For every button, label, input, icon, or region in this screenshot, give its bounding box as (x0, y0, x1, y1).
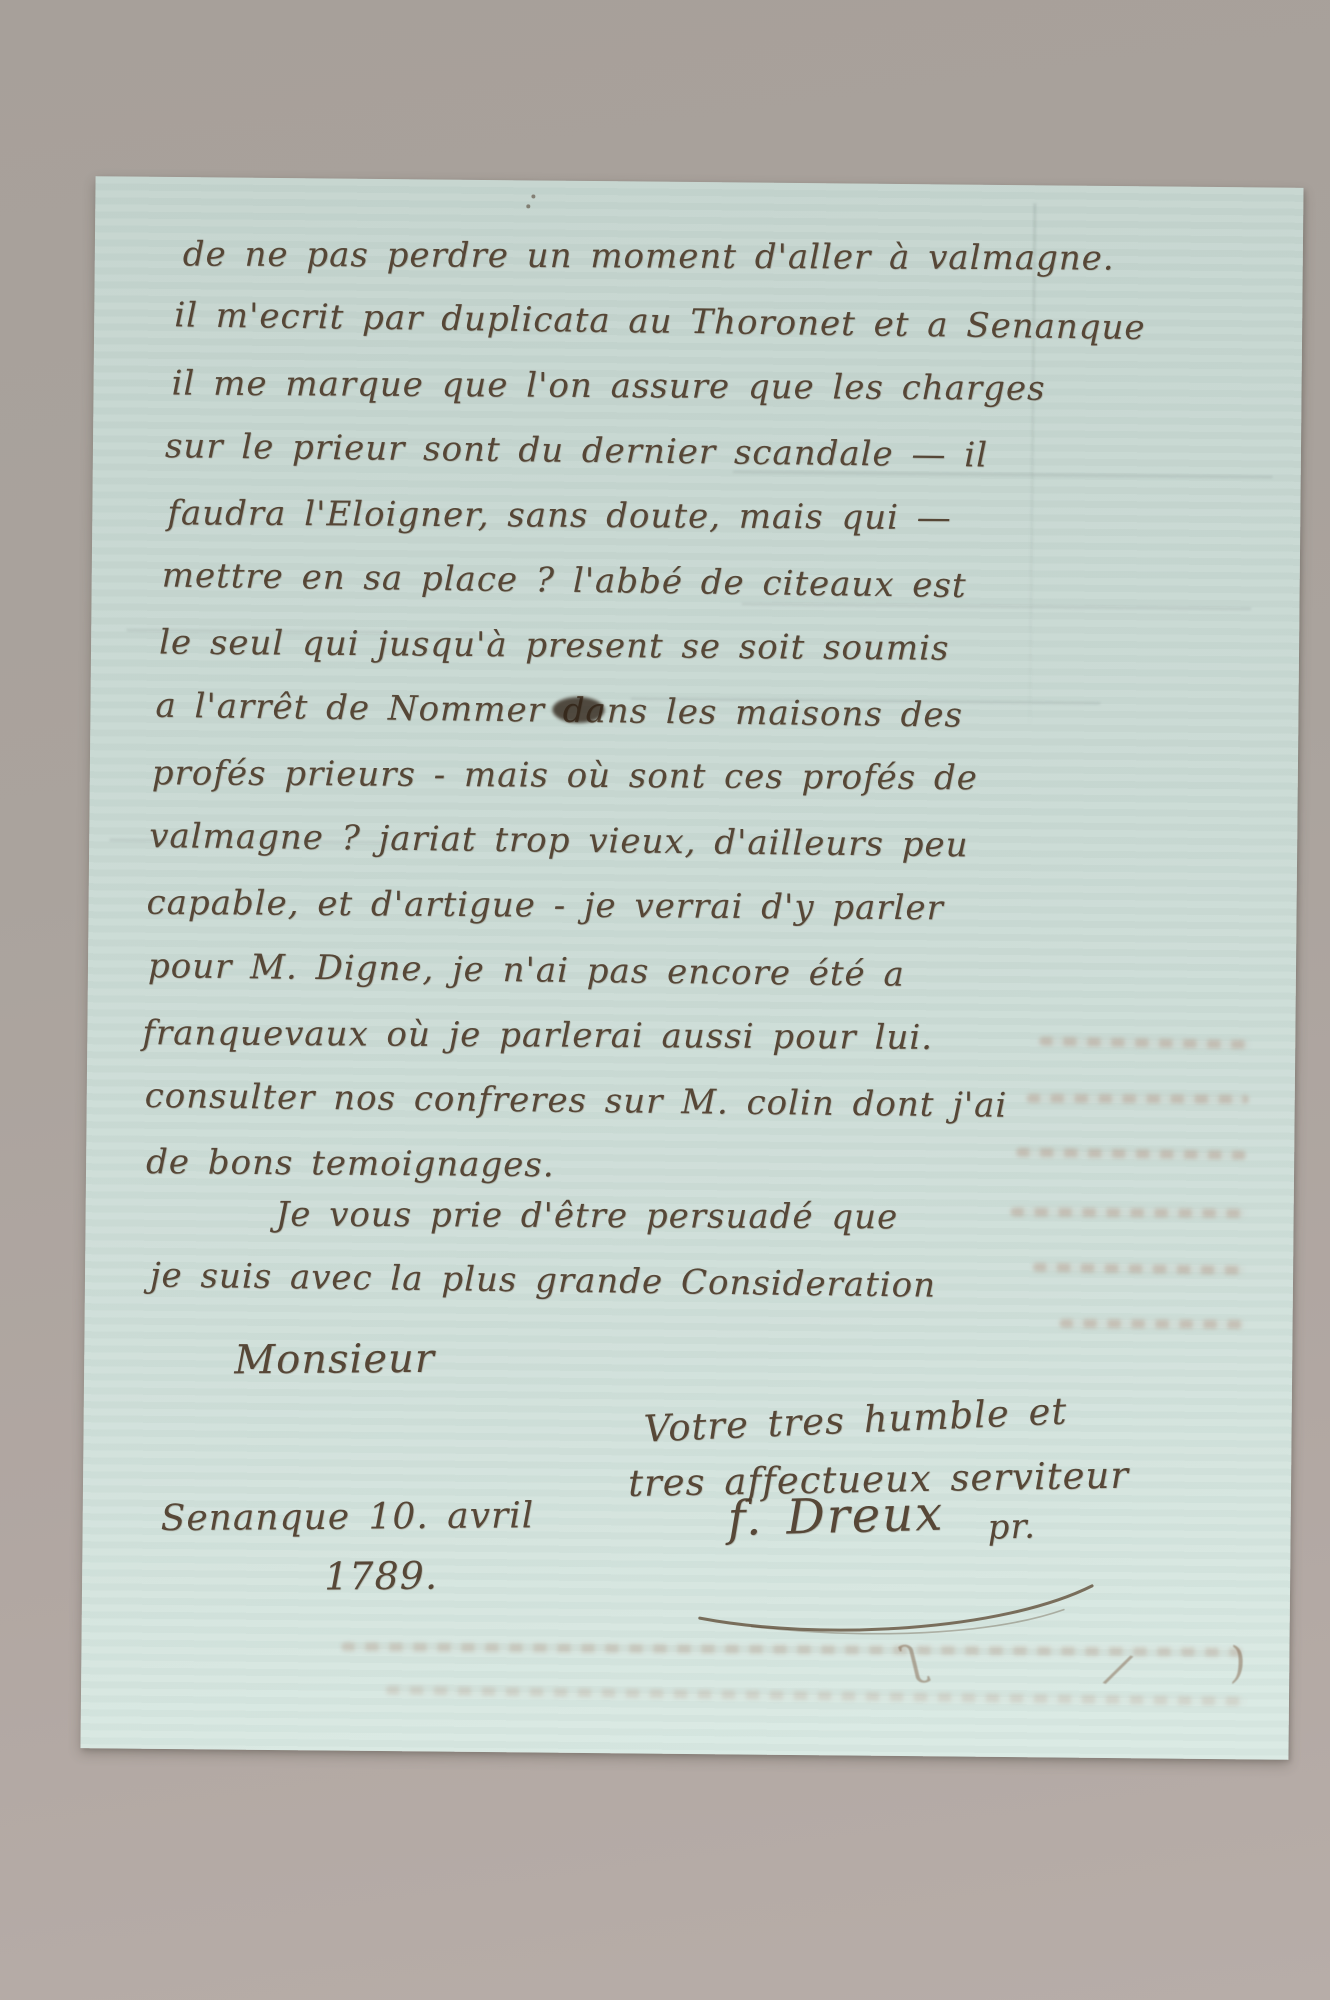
signature-name: f. Dreux (727, 1486, 945, 1547)
letter-line: faudra l'Eloigner, sans doute, mais qui … (167, 493, 952, 538)
letter-line: consulter nos confreres sur M. colin don… (145, 1076, 1008, 1126)
valediction-line: Votre tres humble et (643, 1390, 1068, 1451)
paper-crease (733, 470, 1273, 478)
letter-line: profés prieurs - mais où sont ces profés… (152, 753, 978, 798)
bleedthrough-mark (1060, 1319, 1245, 1329)
letter-line: franquevaux où je parlerai aussi pour lu… (142, 1013, 933, 1058)
photo-background: de ne pas perdre un moment d'aller à val… (0, 0, 1330, 2000)
bleedthrough-mark (1011, 1207, 1246, 1217)
letter-line: sur le prieur sont du dernier scandale —… (165, 426, 988, 475)
paper-crease (741, 602, 1251, 610)
bleedthrough-mark: ) (1225, 1636, 1249, 1687)
closing-line: Je vous prie d'être persuadé que (276, 1195, 899, 1238)
letter-paper: de ne pas perdre un moment d'aller à val… (80, 176, 1303, 1760)
letter-line: de ne pas perdre un moment d'aller à val… (183, 235, 1115, 279)
letter-line: pour M. Digne, je n'ai pas encore été a (148, 946, 905, 995)
signature-flourish (692, 1572, 1113, 1646)
ink-speck (531, 194, 535, 198)
bleedthrough-mark (1033, 1263, 1245, 1275)
closing-line: je suis avec la plus grande Consideratio… (150, 1255, 937, 1305)
letter-line: capable, et d'artigue - je verrai d'y pa… (146, 883, 944, 929)
bleedthrough-mark (1027, 1094, 1249, 1104)
bleedthrough-mark (1016, 1148, 1246, 1160)
paper-fold-line (1028, 203, 1036, 723)
ink-speck (526, 204, 530, 208)
signature-title: pr. (987, 1506, 1036, 1547)
place-dateline: Senanque 10. avril (161, 1495, 535, 1539)
letter-line: de bons temoignages. (146, 1142, 555, 1185)
salutation-line: Monsieur (234, 1336, 435, 1384)
letter-line: mettre en sa place ? l'abbé de citeaux e… (161, 555, 966, 606)
year-line: 1789. (324, 1554, 438, 1599)
letter-line: il me marque que l'on assure que les cha… (171, 364, 1045, 409)
letter-line: il m'ecrit par duplicata au Thoronet et … (174, 295, 1146, 348)
ink-blot (552, 697, 604, 723)
bleedthrough-mark (1039, 1037, 1249, 1049)
